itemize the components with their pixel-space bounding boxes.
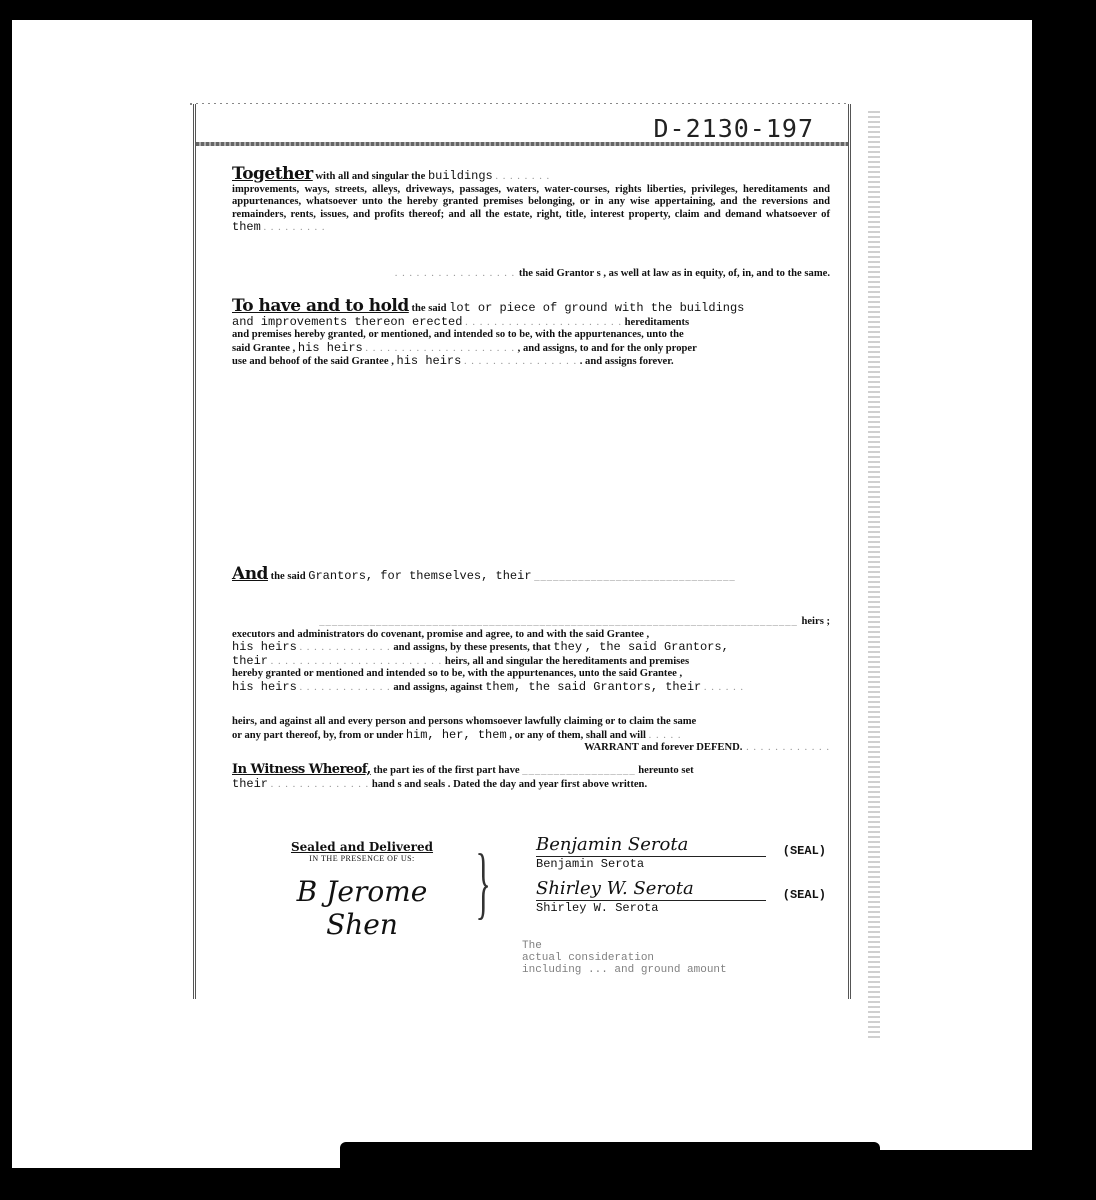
blank-line: . . . . . . . . . . . . . . . . . . . . … xyxy=(271,656,442,667)
warranty-defend: heirs, and against all and every person … xyxy=(232,716,830,755)
blank-line: . . . . . . . . xyxy=(495,171,550,182)
clause-text: the part ies of the first part have xyxy=(373,765,519,776)
blank-line: . . . . . . . . . . . . . . . . . . . . … xyxy=(365,343,515,354)
blank-line: ________________________________________… xyxy=(319,616,801,627)
blank-line: . . . . . . . . . . . . . . xyxy=(271,779,370,790)
filled-text: they xyxy=(553,640,582,654)
stamp-line: including ... and ground amount xyxy=(522,964,727,976)
filled-text: his heirs xyxy=(397,354,462,368)
scan-noise xyxy=(868,108,880,1038)
filled-text: lot or piece of ground with the building… xyxy=(449,301,744,315)
filled-text: Grantors, for themselves, their xyxy=(308,569,531,583)
clause-text: and assigns, by these presents, that xyxy=(393,642,550,653)
filled-text: , the said Grantors, xyxy=(585,640,729,654)
clause-text: the said xyxy=(271,571,306,582)
witness-block: Sealed and Delivered IN THE PRESENCE OF … xyxy=(282,840,442,941)
clause-text: said Grantee , xyxy=(232,343,295,354)
filled-text: them, the said Grantors, their xyxy=(485,680,701,694)
grantor2-signature: Shirley W. Serota xyxy=(536,878,766,901)
habendum-lead: To have and to hold xyxy=(232,296,409,316)
testimonium-clause: In Witness Whereof, the part ies of the … xyxy=(232,764,830,791)
grantor1-printed-name: Benjamin Serota xyxy=(536,857,836,871)
document-number: D-2130-197 xyxy=(653,114,814,143)
clause-text: with all and singular the xyxy=(315,171,425,182)
clause-text: and premises hereby granted, or mentione… xyxy=(232,329,684,340)
grantor1-signature: Benjamin Serota xyxy=(536,834,766,857)
clause-text: the said Grantor s , as well at law as i… xyxy=(519,268,830,279)
filled-text: his heirs xyxy=(232,680,297,694)
clause-text: WARRANT and forever DEFEND. xyxy=(584,742,742,753)
clause-text: hereditaments xyxy=(625,317,690,328)
together-clause: Together with all and singular the build… xyxy=(232,168,830,235)
testimonium-lead: In Witness Whereof, xyxy=(232,762,371,777)
filled-text: their xyxy=(232,654,268,668)
clause-text: heirs ; xyxy=(801,616,830,627)
stamp-line: The xyxy=(522,940,727,952)
clause-text: the said xyxy=(411,303,446,314)
clause-text: heirs, all and singular the hereditament… xyxy=(445,656,689,667)
clause-text: hereunto set xyxy=(638,765,693,776)
consideration-stamp: The actual consideration including ... a… xyxy=(522,940,727,976)
clause-text: executors and administrators do covenant… xyxy=(232,629,649,640)
brace-icon: } xyxy=(476,838,491,929)
clause-text: or any part thereof, by, from or under xyxy=(232,730,403,741)
clause-text: and assigns, against xyxy=(393,682,482,693)
blank-line: . . . . . . . . . . . . . xyxy=(299,682,390,693)
habendum-clause: To have and to hold the said lot or piec… xyxy=(232,300,830,369)
grantor2-printed-name: Shirley W. Serota xyxy=(536,901,836,915)
warranty-clause: And the said Grantors, for themselves, t… xyxy=(232,568,830,584)
grantor1-signature-row: Benjamin Serota (SEAL) Benjamin Serota xyxy=(536,834,836,871)
clause-text: . and assigns forever. xyxy=(580,356,674,367)
blank-line: . . . . . . . . . . . . xyxy=(742,742,830,753)
blank-line: . . . . . . . . . . . . . . . . . xyxy=(395,268,519,279)
blank-line: . . . . . . xyxy=(704,682,744,693)
grantor2-signature-row: Shirley W. Serota (SEAL) Shirley W. Sero… xyxy=(536,878,836,915)
scan-shadow xyxy=(340,1150,1040,1200)
filled-text: buildings xyxy=(428,169,493,183)
clause-text: heirs, and against all and every person … xyxy=(232,716,696,727)
blank-line: ________________________________ xyxy=(534,571,736,582)
blank-line: . . . . . . . . . xyxy=(263,222,325,233)
blank-line: . . . . . . . . . . . . . xyxy=(299,642,390,653)
blank-line: . . . . . xyxy=(649,730,682,741)
blank-line: . . . . . . . . . . . . . . . . xyxy=(464,356,577,367)
clause-text: hereby granted or mentioned and intended… xyxy=(232,668,682,679)
filled-text: and improvements thereon erected xyxy=(232,315,462,329)
header-rule xyxy=(196,142,848,146)
together-closing: . . . . . . . . . . . . . . . . . the sa… xyxy=(232,268,830,281)
stamp-line: actual consideration xyxy=(522,952,727,964)
clause-text: , or any of them, shall and will xyxy=(509,730,646,741)
clause-text: use and behoof of the said Grantee , xyxy=(232,356,394,367)
scan-border xyxy=(1032,0,1096,1200)
witness-signature: B Jerome Shen xyxy=(282,875,442,941)
seal-label: (SEAL) xyxy=(783,888,826,902)
filled-text: them xyxy=(232,220,261,234)
blank-line: . . . . . . . . . . . . . . . . . . . . … xyxy=(465,317,622,328)
seal-label: (SEAL) xyxy=(783,844,826,858)
clause-text: hand s and seals . Dated the day and yea… xyxy=(372,779,647,790)
filled-text: him, her, them xyxy=(406,728,507,742)
filled-text: their xyxy=(232,777,268,791)
presence-caption: IN THE PRESENCE OF US: xyxy=(282,854,442,863)
filled-text: his heirs xyxy=(232,640,297,654)
clause-text: improvements, ways, streets, alleys, dri… xyxy=(232,184,830,220)
warranty-lead: And xyxy=(232,564,268,584)
sealed-delivered-heading: Sealed and Delivered xyxy=(282,840,442,854)
deed-page: D-2130-197 Together with all and singula… xyxy=(193,104,851,999)
filled-text: his heirs xyxy=(298,341,363,355)
warranty-body: ________________________________________… xyxy=(232,616,830,695)
blank-line: __________________ xyxy=(522,765,635,776)
clause-text: , and assigns, to and for the only prope… xyxy=(518,343,697,354)
together-lead: Together xyxy=(232,164,313,184)
